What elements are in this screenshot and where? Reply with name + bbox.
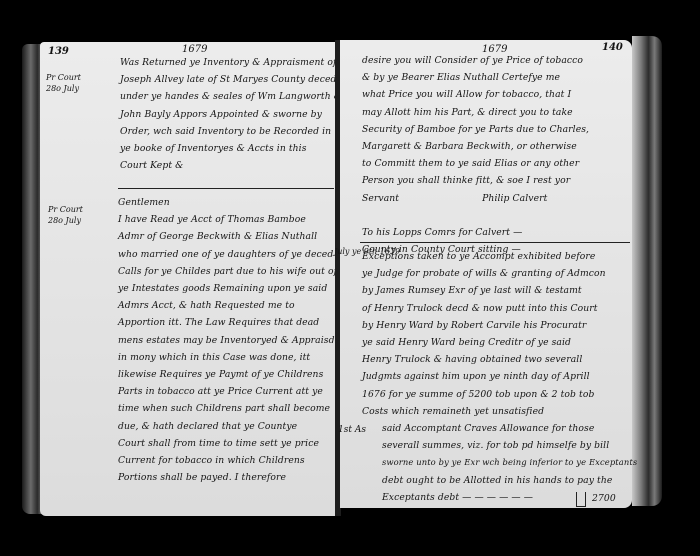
page-number: 139 xyxy=(48,46,69,57)
margin-note: Pr Court 28o July xyxy=(48,204,83,226)
text-line: said Accomptant Craves Allowance for tho… xyxy=(382,420,637,437)
margin-note: Pr Court 28o July xyxy=(46,72,81,94)
text-line: Security of Bamboe for ye Parts due to C… xyxy=(362,121,589,138)
right-page: 1679 140 desire you will Consider of ye … xyxy=(340,40,632,508)
text-line: ye Judge for probate of wills & granting… xyxy=(362,265,606,282)
text-line: of Henry Trulock decd & now putt into th… xyxy=(362,300,606,317)
text-line: Parts in tobacco att ye Price Current at… xyxy=(118,383,337,400)
text-line: by Henry Ward by Robert Carvile his Proc… xyxy=(362,317,606,334)
text-line: Portions shall be payed. I therefore xyxy=(118,469,337,486)
amount-value: 2700 xyxy=(592,490,616,507)
text-line: Judgmts against him upon ye ninth day of… xyxy=(362,368,606,385)
text-line: Admrs Acct, & hath Requested me to xyxy=(118,297,337,314)
text-line: Order, wch said Inventory to be Recorded… xyxy=(120,123,342,140)
text-line: in mony which in this Case was done, itt xyxy=(118,349,337,366)
margin-note-line: 28o July xyxy=(48,215,83,226)
text-line: what Price you will Allow for tobacco, t… xyxy=(362,86,589,103)
text-line: time when such Childrens part shall beco… xyxy=(118,400,337,417)
amount-bracket xyxy=(576,492,586,507)
text-line: debt ought to be Allotted in his hands t… xyxy=(382,472,637,489)
entry-calvert-letter: Gentlemen I have Read ye Acct of Thomas … xyxy=(118,194,337,486)
text-line: Apportion itt. The Law Requires that dea… xyxy=(118,314,337,331)
text-line: Current for tobacco in which Childrens xyxy=(118,452,337,469)
text-line: ye booke of Inventoryes & Accts in this xyxy=(120,140,342,157)
entry-inventory-return: Was Returned ye Inventory & Appraisment … xyxy=(120,54,342,174)
entry-calvert-letter-continued: desire you will Consider of ye Price of … xyxy=(362,52,589,207)
text-line: ye Intestates goods Remaining upon ye sa… xyxy=(118,280,337,297)
signature: Philip Calvert xyxy=(482,193,547,204)
text-line: Was Returned ye Inventory & Appraisment … xyxy=(120,54,342,71)
salutation: Servant xyxy=(362,193,399,204)
text-line: Person you shall thinke fitt, & soe I re… xyxy=(362,172,589,189)
text-line: John Bayly Appors Appointed & sworne by xyxy=(120,106,342,123)
margin-note-line: Pr Court xyxy=(48,204,83,215)
text-line: Admr of George Beckwith & Elias Nuthall xyxy=(118,228,337,245)
text-line: may Allott him his Part, & direct you to… xyxy=(362,104,589,121)
text-line: likewise Requires ye Paymt of ye Childre… xyxy=(118,366,337,383)
text-line: Court shall from time to time sett ye pr… xyxy=(118,435,337,452)
text-line: Henry Trulock & having obtained two seve… xyxy=(362,351,606,368)
text-line: Calls for ye Childes part due to his wif… xyxy=(118,263,337,280)
text-line: 1676 for ye summe of 5200 tob upon & 2 t… xyxy=(362,386,606,403)
text-line: desire you will Consider of ye Price of … xyxy=(362,52,589,69)
text-line: Gentlemen xyxy=(118,194,337,211)
margin-note-line: 28o July xyxy=(46,83,81,94)
text-line: Costs which remaineth yet unsatisfied xyxy=(362,403,606,420)
left-page: 139 1679 Pr Court 28o July Was Returned … xyxy=(40,42,336,516)
text-line: Court Kept & xyxy=(120,157,342,174)
text-line: Exceptions taken to ye Accompt exhibited… xyxy=(362,248,606,265)
text-line: severall summes, viz. for tob pd himself… xyxy=(382,437,637,454)
text-line: under ye handes & seales of Wm Langworth… xyxy=(120,88,342,105)
text-line: I have Read ye Acct of Thomas Bamboe xyxy=(118,211,337,228)
text-line: sworne unto by ye Exr wch being inferior… xyxy=(382,454,637,471)
text-line: Joseph Allvey late of St Maryes County d… xyxy=(120,71,342,88)
margin-note-line: Pr Court xyxy=(46,72,81,83)
page-number: 140 xyxy=(602,42,623,53)
text-line: & by ye Bearer Elias Nuthall Certefye me xyxy=(362,69,589,86)
entry-exceptions: Exceptions taken to ye Accompt exhibited… xyxy=(362,248,606,420)
text-line: mens estates may be Inventoryed & Apprai… xyxy=(118,332,337,349)
text-line: ye said Henry Ward being Creditr of ye s… xyxy=(362,334,606,351)
text-line: To his Lopps Comrs for Calvert — xyxy=(362,224,522,241)
text-line: Margarett & Barbara Beckwith, or otherwi… xyxy=(362,138,589,155)
text-line: Servant Philip Calvert xyxy=(362,190,589,207)
item-label: 1st As xyxy=(338,425,366,436)
text-line: to Committ them to ye said Elias or any … xyxy=(362,155,589,172)
entry-divider xyxy=(360,242,630,243)
text-line: by James Rumsey Exr of ye last will & te… xyxy=(362,282,606,299)
entry-divider xyxy=(118,188,334,189)
text-line: due, & hath declared that ye Countye xyxy=(118,418,337,435)
text-line: who married one of ye daughters of ye de… xyxy=(118,246,337,263)
